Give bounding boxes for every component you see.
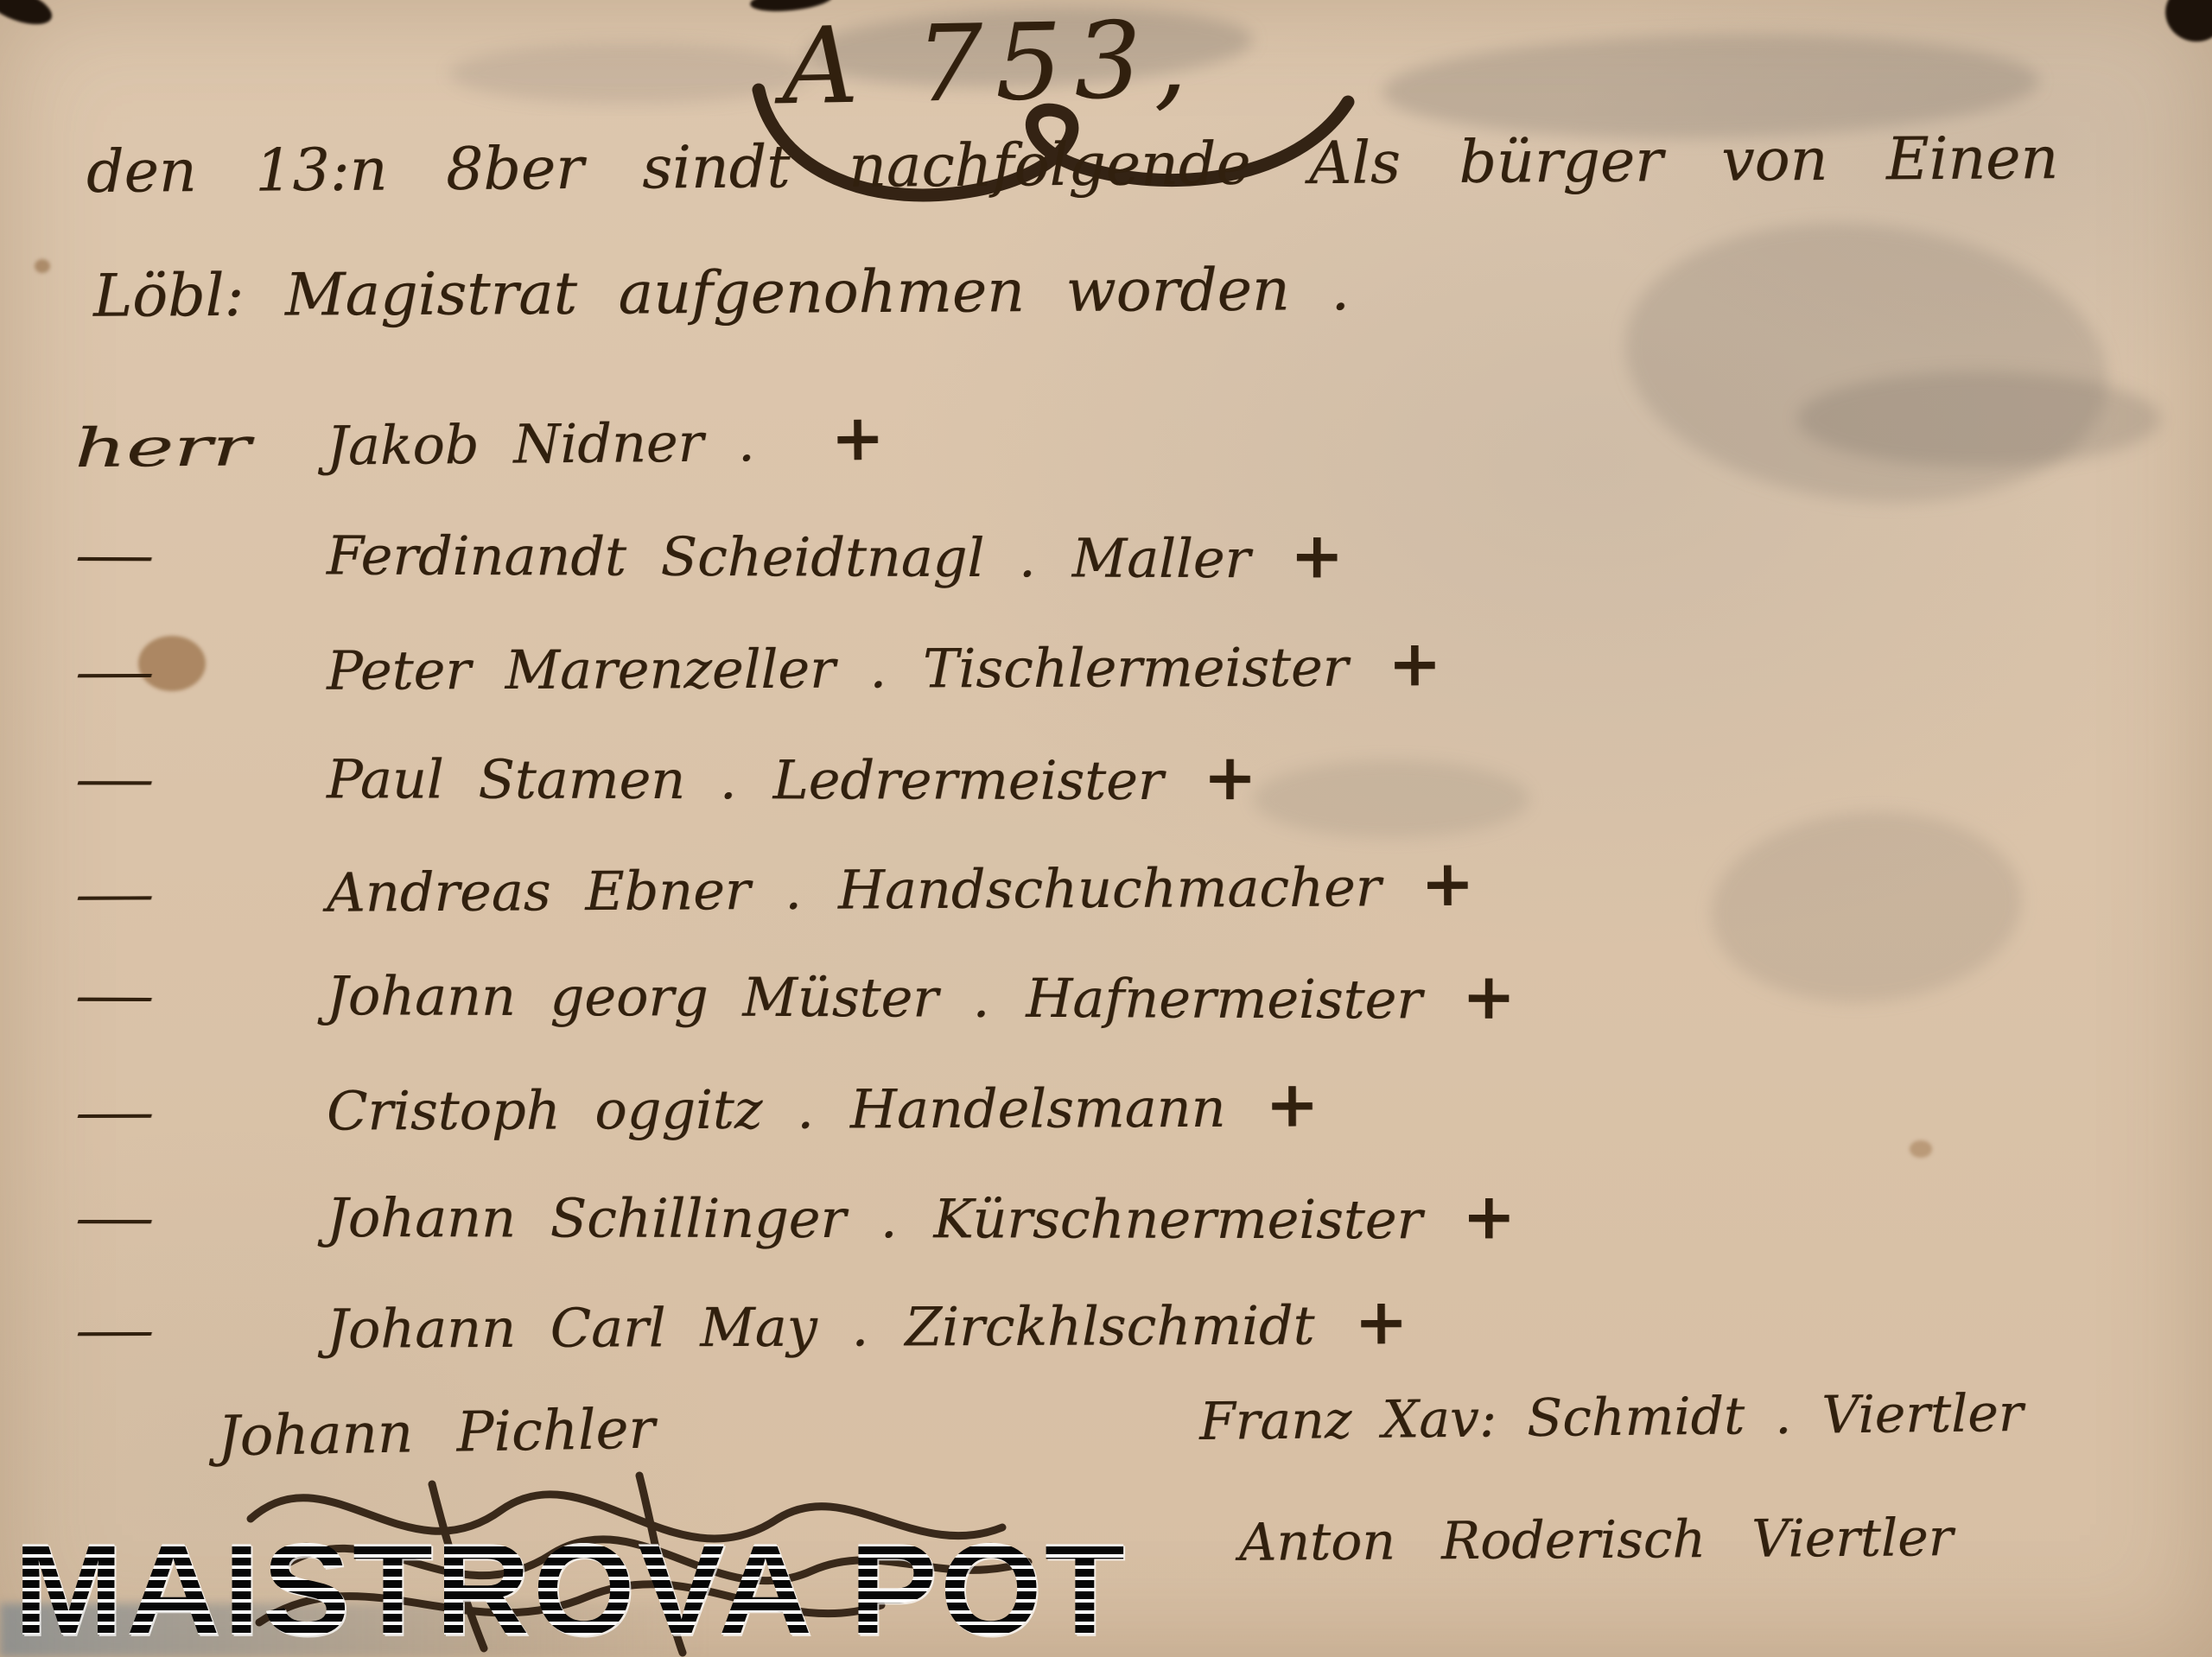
entry-trade: Ledrermeister [772, 748, 1163, 812]
entry-cross-mark: + [1462, 960, 1516, 1034]
entry-cross-mark: + [1265, 1067, 1319, 1141]
entry-cross-mark: + [1462, 1179, 1516, 1254]
signature-right-2: Anton Roderisch Viertler [1239, 1508, 1954, 1573]
entry-cross-mark: + [1421, 847, 1474, 921]
entry-row: —Andreas Ebner .Handschuchmacher+ [74, 847, 1475, 928]
entry-trade: Zirckhlschmidt [905, 1294, 1315, 1359]
signature-right-1: Franz Xav: Schmidt . Viertler [1199, 1383, 2024, 1452]
intro-line-1: den 13:n 8ber sindt nachfolgende Als bür… [86, 124, 2059, 206]
bleed-through-smudge [1611, 200, 2121, 526]
entry-prefix: — [74, 747, 453, 811]
entry-prefix: — [74, 638, 453, 703]
entry-prefix: — [74, 1297, 453, 1362]
entry-cross-mark: + [1203, 740, 1256, 815]
manuscript-page: A 753, den 13:n 8ber sindt nachfolgende … [0, 0, 2212, 1657]
entry-prefix: — [74, 860, 453, 925]
ink-blot [0, 0, 56, 32]
entry-row: —Ferdinandt Scheidtnagl .Maller+ [74, 514, 1344, 593]
entry-row: —Cristoph oggitz .Handelsmann+ [74, 1067, 1319, 1146]
ink-blot [2159, 0, 2212, 48]
entry-trade: Handschuchmacher [838, 855, 1382, 921]
entry-prefix: — [74, 523, 453, 587]
intro-line-2: Löbl: Magistrat aufgenohmen worden . [93, 256, 1350, 331]
entry-row: —Johann Schillinger .Kürschnermeister+ [74, 1178, 1516, 1254]
entry-cross-mark: + [1290, 518, 1344, 593]
entry-cross-mark: + [1388, 626, 1441, 701]
entry-trade: Hafnermeister [1026, 967, 1422, 1032]
entry-trade: Tischlermeister [923, 636, 1348, 701]
bleed-through-smudge [1253, 760, 1529, 838]
watermark-text: MAISTROVA POT [14, 1524, 1128, 1655]
entry-trade [791, 410, 791, 473]
entry-cross-mark: + [830, 401, 885, 476]
entry-row: —Johann georg Müster .Hafnermeister+ [74, 955, 1516, 1034]
entry-row: —Paul Stamen .Ledrermeister+ [74, 739, 1257, 815]
entry-row: herrJakob Nidner .+ [74, 401, 885, 482]
entry-trade: Kürschnermeister [933, 1187, 1422, 1251]
entry-row: —Johann Carl May .Zirckhlschmidt+ [74, 1285, 1408, 1363]
entry-trade: Handelsmann [850, 1076, 1226, 1141]
paper-stain [35, 259, 50, 273]
bleed-through-smudge [1797, 371, 2160, 467]
bleed-through-smudge [1705, 802, 2028, 1013]
entry-prefix: — [74, 1186, 453, 1250]
entry-prefix: — [74, 963, 453, 1028]
paper-stain [1910, 1140, 1932, 1158]
entry-prefix: herr [74, 413, 454, 479]
entry-row: —Peter Marenzeller .Tischlermeister+ [74, 626, 1442, 706]
entry-cross-mark: + [1354, 1285, 1408, 1359]
entry-trade: Maller [1072, 526, 1251, 590]
entry-prefix: — [74, 1079, 453, 1144]
